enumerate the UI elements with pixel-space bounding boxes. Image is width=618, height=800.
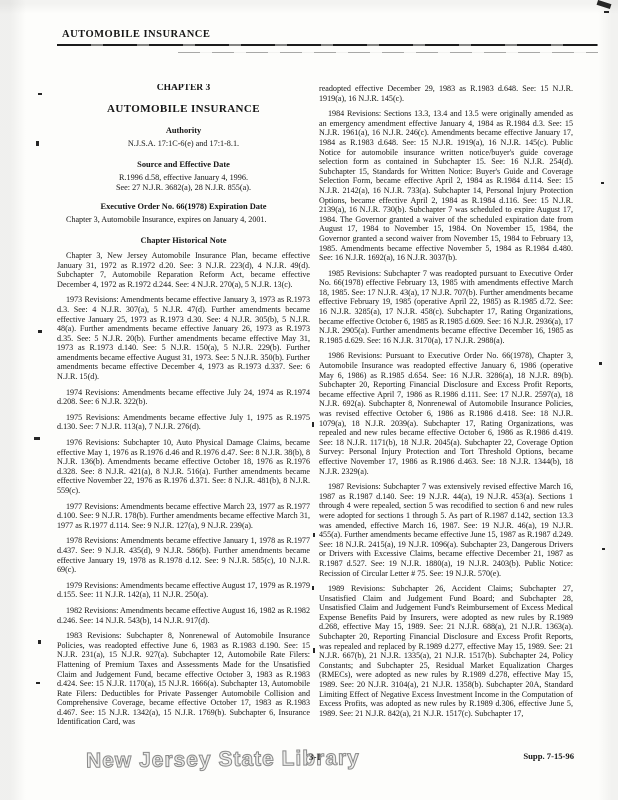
historical-paragraph-1983-continued: readopted effective December 29, 1983 as…: [319, 84, 573, 103]
historical-paragraph-1983: 1983 Revisions: Subchapter 8, Nonrenewal…: [57, 631, 310, 727]
header-rule-ghost: [178, 52, 598, 53]
scan-artifact: [38, 93, 42, 95]
expiration-heading: Executive Order No. 66(1978) Expiration …: [57, 202, 310, 212]
source-line: R.1996 d.58, effective January 4, 1996.: [57, 173, 310, 183]
left-column: CHAPTER 3 AUTOMOBILE INSURANCE Authority…: [57, 84, 310, 740]
historical-paragraph-1975: 1975 Revisions: Amendments became effect…: [57, 413, 310, 432]
scan-artifact: [599, 362, 602, 365]
right-column: readopted effective December 29, 1983 as…: [319, 84, 573, 740]
historical-paragraph-1977: 1977 Revisions: Amendments became effect…: [57, 502, 310, 531]
historical-paragraph-1985: 1985 Revisions: Subchapter 7 was readopt…: [319, 269, 573, 346]
scan-artifact: [602, 548, 605, 550]
historical-paragraph-1982: 1982 Revisions: Amendments became effect…: [57, 606, 310, 625]
historical-paragraph-1984: 1984 Revisions: Sections 13.3, 13.4 and …: [319, 109, 573, 263]
source-effective-heading: Source and Effective Date: [57, 160, 310, 170]
library-stamp: New Jersey State Library: [86, 747, 360, 774]
historical-paragraph-1986: 1986 Revisions: Pursuant to Executive Or…: [319, 351, 573, 476]
scan-artifact: [312, 586, 314, 590]
historical-paragraph-1979: 1979 Revisions: Amendments became effect…: [57, 581, 310, 600]
historical-paragraph-1989: 1989 Revisions: Subchapter 26, Accident …: [319, 584, 573, 718]
chapter-number-heading: CHAPTER 3: [57, 84, 310, 94]
historical-paragraph-1972: Chapter 3, New Jersey Automobile Insuran…: [57, 251, 310, 289]
scan-artifact: [34, 437, 40, 440]
expiration-text: Chapter 3, Automobile Insurance, expires…: [57, 215, 310, 225]
header-rule: [57, 44, 598, 46]
historical-paragraph-1987: 1987 Revisions: Subchapter 7 was extensi…: [319, 482, 573, 578]
running-header: AUTOMOBILE INSURANCE: [62, 29, 210, 40]
scan-artifact: [36, 682, 40, 684]
authority-heading: Authority: [57, 126, 310, 136]
scan-artifact: [313, 533, 315, 537]
scan-artifact: [604, 11, 609, 13]
source-see-citation: See: 27 N.J.R. 3682(a), 28 N.J.R. 855(a)…: [57, 183, 310, 193]
scan-artifact: [601, 182, 604, 184]
chapter-title: AUTOMOBILE INSURANCE: [57, 105, 310, 115]
authority-citation: N.J.S.A. 17:1C-6(e) and 17:1-8.1.: [57, 139, 310, 149]
historical-paragraph-1973: 1973 Revisions: Amendments became effect…: [57, 295, 310, 381]
scan-artifact: [38, 330, 42, 333]
historical-note-heading: Chapter Historical Note: [57, 236, 310, 246]
scan-artifact: [36, 141, 39, 146]
supplement-date: Supp. 7-15-96: [523, 751, 574, 761]
historical-paragraph-1974: 1974 Revisions: Amendments became effect…: [57, 388, 310, 407]
scan-artifact: [597, 0, 612, 9]
scan-artifact: [312, 422, 314, 427]
scan-artifact: [38, 640, 41, 644]
historical-paragraph-1976: 1976 Revisions: Subchapter 10, Auto Phys…: [57, 438, 310, 496]
scan-artifact: [313, 648, 315, 653]
historical-paragraph-1978: 1978 Revisions: Amendments became effect…: [57, 536, 310, 574]
